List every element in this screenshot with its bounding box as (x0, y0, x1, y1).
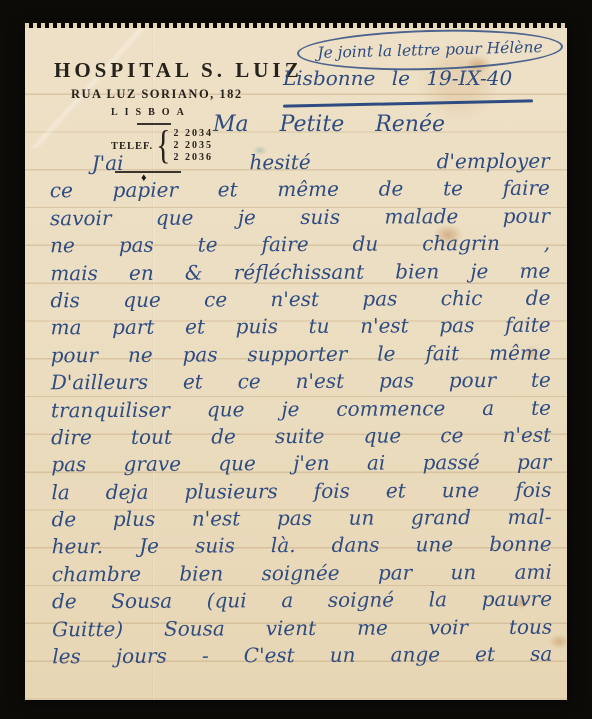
letter-paper: HOSPITAL S. LUIZ RUA LUZ SORIANO, 182 LI… (25, 28, 567, 700)
handwritten-line: mais en & réfléchissant bien je me (50, 257, 550, 287)
handwritten-line: ce papier et même de te faire (50, 175, 550, 205)
handwritten-line: de plus n'est pas un grand mal- (52, 504, 552, 534)
dateline: Lisbonne le 19-IX-40 (283, 66, 512, 90)
handwritten-line: dis que ce n'est pas chic de (50, 285, 550, 315)
handwritten-line: J'ai hesité d'employer (50, 148, 550, 178)
handwritten-line: les jours - C'est un ange et sa (52, 641, 552, 671)
handwritten-line: ma part et puis tu n'est pas faite (51, 312, 551, 342)
handwritten-line: savoir que je suis malade pour (50, 202, 550, 232)
letterhead-hospital-name: HOSPITAL S. LUIZ (54, 58, 303, 83)
handwritten-line: Guitte) Sousa vient me voir tous (52, 613, 552, 643)
handwritten-line: chambre bien soignée par un ami (52, 559, 552, 589)
phone-number: 2 2034 (174, 128, 214, 140)
letterhead-address: RUA LUZ SORIANO, 182 (71, 87, 243, 102)
handwritten-line: de Sousa (qui a soigné la pauvre (52, 586, 552, 616)
handwritten-line: pour ne pas supporter le fait même (51, 339, 551, 369)
letterhead-city: LISBOA (111, 107, 191, 118)
handwritten-line: pas grave que j'en ai passé par (51, 449, 551, 479)
handwritten-line: heur. Je suis là. dans une bonne (52, 531, 552, 561)
letter-body: J'ai hesité d'employer ce papier et même… (50, 148, 553, 671)
handwritten-line: la deja plusieurs fois et une fois (51, 476, 551, 506)
handwritten-line: ne pas te faire du chagrin , (50, 230, 550, 260)
ink-underline (283, 99, 533, 107)
handwritten-line: D'ailleurs et ce n'est pas pour te (51, 367, 551, 397)
salutation: Ma Petite Renée (213, 112, 445, 137)
handwritten-line: dire tout de suite que ce n'est (51, 422, 551, 452)
handwritten-line: tranquiliser que je commence a te (51, 394, 551, 424)
